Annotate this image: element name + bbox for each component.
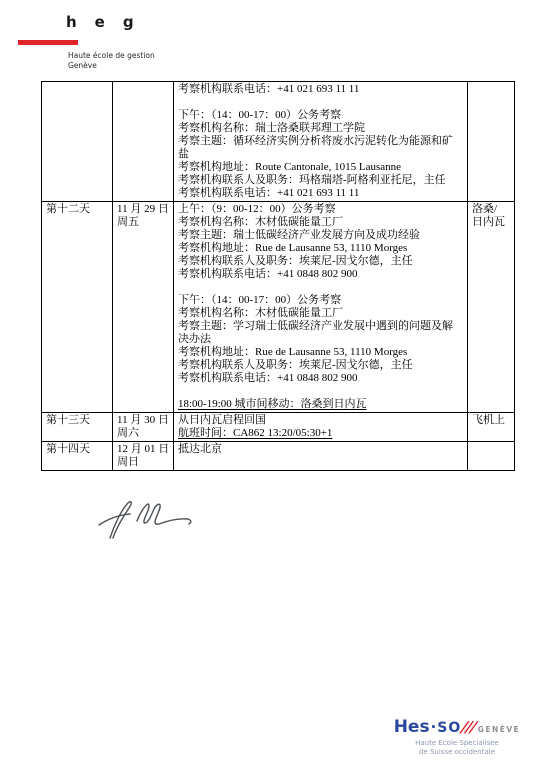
document-page: { "header": { "logo_text": "heg", "tagli… (0, 0, 543, 769)
text-line: 周日 (117, 456, 169, 469)
hesso-region: GENÈVE (478, 725, 521, 734)
content-cell: 抵达北京 (174, 442, 468, 471)
heg-tagline-line2: Genève (68, 61, 155, 71)
underlined-text-line: 航班时间：CA862 13:20/05:30+1 (178, 427, 463, 440)
text-line: 11 月 29 日 (117, 203, 169, 216)
text-line: 11 月 30 日 (117, 414, 169, 427)
day-cell: 第十三天 (42, 413, 113, 442)
text-line: 考察机构名称：瑞士洛桑联邦理工学院 (178, 122, 463, 135)
table-row: 第十四天12 月 01 日周日抵达北京 (42, 442, 515, 471)
text-line: 考察机构地址：Rue de Lausanne 53, 1110 Morges (178, 242, 463, 255)
location-cell: 飞机上 (468, 413, 515, 442)
text-line: 考察主题：瑞士低碳经济产业发展方向及成功经验 (178, 229, 463, 242)
content-cell: 上午：（9：00-12：00）公务考察考察机构名称：木材低碳能量工厂考察主题：瑞… (174, 202, 468, 413)
text-line: 考察机构名称：木材低碳能量工厂 (178, 216, 463, 229)
content-cell: 从日内瓦启程回国航班时间：CA862 13:20/05:30+1 (174, 413, 468, 442)
text-line: 周六 (117, 427, 169, 440)
text-line: 下午：（14：00-17：00）公务考察 (178, 294, 463, 307)
underlined-text-line: 18:00-19:00 城市间移动：洛桑到日内瓦 (178, 398, 463, 411)
text-line: 从日内瓦启程回国 (178, 414, 463, 427)
text-line: 考察机构联系人及职务：玛格瑞塔-阿格利亚托尼，主任 (178, 174, 463, 187)
text-line: 考察机构地址：Rue de Lausanne 53, 1110 Morges (178, 346, 463, 359)
text-line: 考察机构联系人及职务：埃莱尼-因戈尔德，主任 (178, 359, 463, 372)
text-line: 第十三天 (46, 414, 108, 427)
text-line: 考察机构地址：Route Cantonale, 1015 Lausanne (178, 161, 463, 174)
text-line: 考察机构联系电话：+41 0848 802 900 (178, 372, 463, 385)
heg-logo-letters: heg (66, 13, 152, 31)
day-cell (42, 82, 113, 202)
text-line (178, 385, 463, 398)
table-row: 考察机构联系电话：+41 021 693 11 11 下午：（14：00-17：… (42, 82, 515, 202)
hesso-hes: Hes (394, 717, 430, 737)
location-cell (468, 442, 515, 471)
hesso-so: SO (437, 720, 461, 736)
heg-tagline: Haute école de gestion Genève (68, 51, 155, 71)
date-cell: 11 月 29 日周五 (113, 202, 174, 413)
text-line: 日内瓦 (472, 216, 510, 229)
text-line: 上午：（9：00-12：00）公务考察 (178, 203, 463, 216)
hesso-dot: · (431, 718, 437, 736)
text-line: 考察机构联系电话：+41 021 693 11 11 (178, 83, 463, 96)
day-cell: 第十四天 (42, 442, 113, 471)
text-line: 飞机上 (472, 414, 510, 427)
text-line: 考察主题：学习瑞士低碳经济产业发展中遇到的问题及解 (178, 320, 463, 333)
itinerary-table-body: 考察机构联系电话：+41 021 693 11 11 下午：（14：00-17：… (42, 82, 515, 471)
date-cell (113, 82, 174, 202)
text-line: 12 月 01 日 (117, 443, 169, 456)
date-cell: 11 月 30 日周六 (113, 413, 174, 442)
heg-tagline-line1: Haute école de gestion (68, 51, 155, 61)
signature (85, 492, 195, 547)
day-cell: 第十二天 (42, 202, 113, 413)
hesso-subtitle-line2: de Suisse occidentale (388, 748, 526, 757)
text-line: 抵达北京 (178, 443, 463, 456)
content-cell: 考察机构联系电话：+41 021 693 11 11 下午：（14：00-17：… (174, 82, 468, 202)
text-line: 洛桑/ (472, 203, 510, 216)
hesso-wordmark: Hes·SO///GENÈVE (388, 718, 526, 739)
date-cell: 12 月 01 日周日 (113, 442, 174, 471)
hesso-logo: Hes·SO///GENÈVE Haute Ecole Specialisee … (388, 718, 526, 757)
text-line: 考察机构名称：木材低碳能量工厂 (178, 307, 463, 320)
text-line: 考察机构联系电话：+41 021 693 11 11 (178, 187, 463, 200)
text-line: 第十四天 (46, 443, 108, 456)
text-line: 考察主题：循环经济实例分析将废水污泥转化为能源和矿 (178, 135, 463, 148)
hesso-slashes-icon: /// (460, 718, 477, 736)
text-line: 盐 (178, 148, 463, 161)
text-line: 决办法 (178, 333, 463, 346)
heg-red-bar (18, 40, 78, 45)
itinerary-table: 考察机构联系电话：+41 021 693 11 11 下午：（14：00-17：… (41, 81, 515, 471)
text-line (178, 281, 463, 294)
table-row: 第十三天11 月 30 日周六从日内瓦启程回国航班时间：CA862 13:20/… (42, 413, 515, 442)
location-cell (468, 82, 515, 202)
table-row: 第十二天11 月 29 日周五上午：（9：00-12：00）公务考察考察机构名称… (42, 202, 515, 413)
text-line (178, 96, 463, 109)
text-line: 考察机构联系人及职务：埃莱尼-因戈尔德，主任 (178, 255, 463, 268)
text-line: 周五 (117, 216, 169, 229)
hesso-subtitle-line1: Haute Ecole Specialisee (388, 739, 526, 748)
text-line: 考察机构联系电话：+41 0848 802 900 (178, 268, 463, 281)
text-line: 第十二天 (46, 203, 108, 216)
location-cell: 洛桑/日内瓦 (468, 202, 515, 413)
text-line: 下午：（14：00-17：00）公务考察 (178, 109, 463, 122)
